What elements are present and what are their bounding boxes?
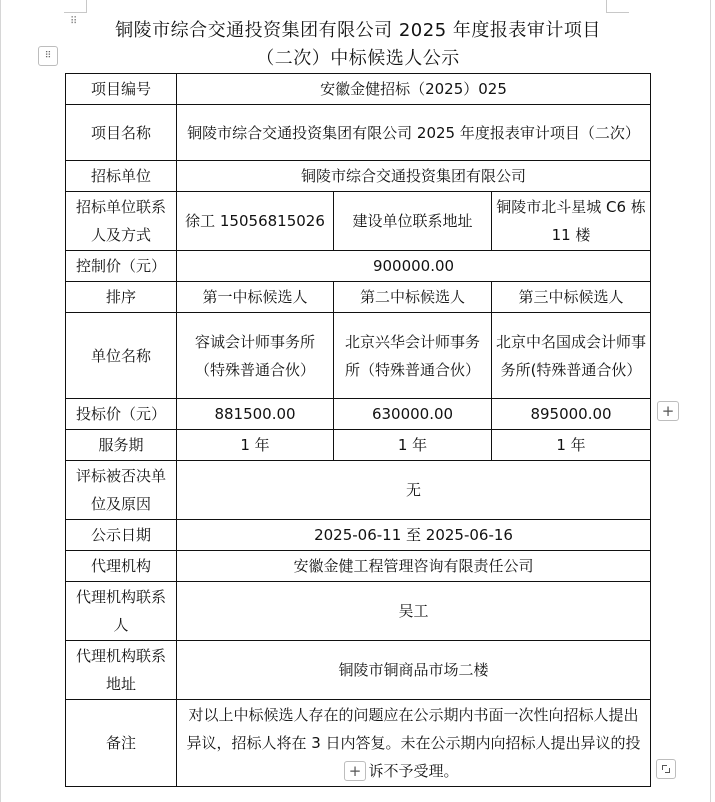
unit-name-1: 容诚会计师事务所（特殊普通合伙）	[177, 313, 334, 399]
tenderer-address-value: 铜陵市北斗星城 C6 栋 11 楼	[492, 192, 651, 251]
publicity-date-label: 公示日期	[66, 520, 177, 551]
document-title-line2: （二次）中标候选人公示	[66, 44, 650, 70]
tenderer-value: 铜陵市综合交通投资集团有限公司	[177, 161, 651, 192]
bid-price-3: 895000.00	[492, 399, 651, 430]
table-row: 代理机构 安徽金健工程管理咨询有限责任公司	[66, 551, 651, 582]
remarks-value: 对以上中标候选人存在的问题应在公示期内书面一次性向招标人提出异议，招标人将在 3…	[177, 700, 651, 787]
agency-address-value: 铜陵市铜商品市场二楼	[177, 641, 651, 700]
service-period-1: 1 年	[177, 430, 334, 461]
project-no-value: 安徽金健招标（2025）025	[177, 74, 651, 105]
table-move-handle-icon[interactable]: ⠿	[38, 46, 58, 66]
table-row: 项目名称 铜陵市综合交通投资集团有限公司 2025 年度报表审计项目（二次）	[66, 105, 651, 161]
agency-contact-value: 吴工	[177, 582, 651, 641]
table-row: 控制价（元） 900000.00	[66, 251, 651, 282]
table-row: 评标被否决单位及原因 无	[66, 461, 651, 520]
ranking-column-1: 第一中标候选人	[177, 282, 334, 313]
project-name-value: 铜陵市综合交通投资集团有限公司 2025 年度报表审计项目（二次）	[177, 105, 651, 161]
page-edge	[0, 0, 1, 802]
table-row: 排序 第一中标候选人 第二中标候选人 第三中标候选人	[66, 282, 651, 313]
project-name-label: 项目名称	[66, 105, 177, 161]
agency-address-label: 代理机构联系地址	[66, 641, 177, 700]
rejected-value: 无	[177, 461, 651, 520]
table-row: 代理机构联系地址 铜陵市铜商品市场二楼	[66, 641, 651, 700]
document-title-line1: 铜陵市综合交通投资集团有限公司 2025 年度报表审计项目	[66, 16, 650, 42]
page-margin-corner-mark	[606, 0, 629, 13]
ranking-label: 排序	[66, 282, 177, 313]
tenderer-contact-label: 招标单位联系人及方式	[66, 192, 177, 251]
table-row: 单位名称 容诚会计师事务所（特殊普通合伙） 北京兴华会计师事务所（特殊普通合伙）…	[66, 313, 651, 399]
add-row-button[interactable]: +	[344, 761, 366, 781]
table-row: 投标价（元） 881500.00 630000.00 895000.00	[66, 399, 651, 430]
ranking-column-3: 第三中标候选人	[492, 282, 651, 313]
table-resize-handle[interactable]	[656, 759, 676, 779]
bid-price-label: 投标价（元）	[66, 399, 177, 430]
announcement-table: 项目编号 安徽金健招标（2025）025 项目名称 铜陵市综合交通投资集团有限公…	[65, 73, 651, 787]
unit-name-label: 单位名称	[66, 313, 177, 399]
service-period-label: 服务期	[66, 430, 177, 461]
rejected-label: 评标被否决单位及原因	[66, 461, 177, 520]
table-row: 招标单位 铜陵市综合交通投资集团有限公司	[66, 161, 651, 192]
table-row: 项目编号 安徽金健招标（2025）025	[66, 74, 651, 105]
project-no-label: 项目编号	[66, 74, 177, 105]
agency-value: 安徽金健工程管理咨询有限责任公司	[177, 551, 651, 582]
add-column-button[interactable]: +	[657, 401, 679, 421]
control-price-value: 900000.00	[177, 251, 651, 282]
service-period-3: 1 年	[492, 430, 651, 461]
bid-price-1: 881500.00	[177, 399, 334, 430]
table-row: 代理机构联系人 吴工	[66, 582, 651, 641]
tenderer-contact-value: 徐工 15056815026	[177, 192, 334, 251]
bid-price-2: 630000.00	[334, 399, 492, 430]
tenderer-address-label: 建设单位联系地址	[334, 192, 492, 251]
table-row: 公示日期 2025-06-11 至 2025-06-16	[66, 520, 651, 551]
remarks-label: 备注	[66, 700, 177, 787]
page-edge	[710, 0, 711, 802]
tenderer-label: 招标单位	[66, 161, 177, 192]
agency-label: 代理机构	[66, 551, 177, 582]
publicity-date-value: 2025-06-11 至 2025-06-16	[177, 520, 651, 551]
control-price-label: 控制价（元）	[66, 251, 177, 282]
unit-name-2: 北京兴华会计师事务所（特殊普通合伙）	[334, 313, 492, 399]
service-period-2: 1 年	[334, 430, 492, 461]
table-row: 招标单位联系人及方式 徐工 15056815026 建设单位联系地址 铜陵市北斗…	[66, 192, 651, 251]
table-row: 服务期 1 年 1 年 1 年	[66, 430, 651, 461]
agency-contact-label: 代理机构联系人	[66, 582, 177, 641]
ranking-column-2: 第二中标候选人	[334, 282, 492, 313]
unit-name-3: 北京中名国成会计师事务所(特殊普通合伙）	[492, 313, 651, 399]
page-margin-corner-mark	[64, 0, 87, 13]
resize-icon	[665, 768, 670, 773]
